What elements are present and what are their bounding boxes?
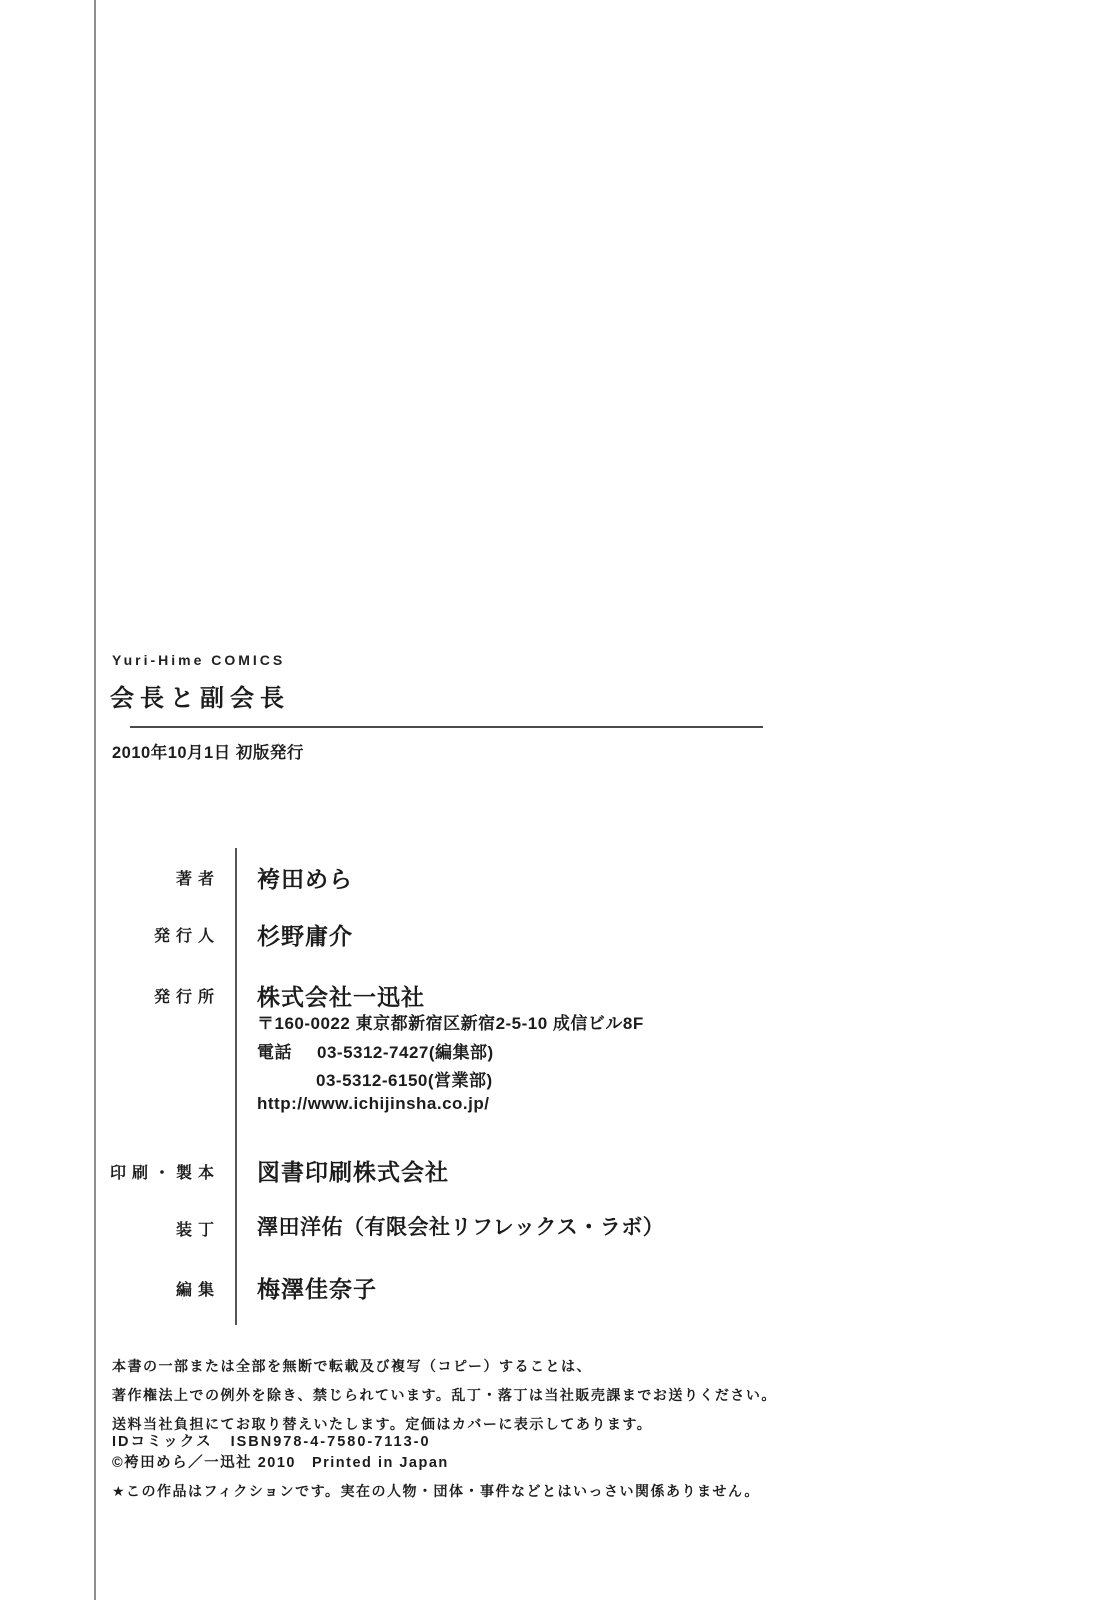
book-title: 会長と副会長 bbox=[110, 678, 290, 713]
credit-label-publishing-house: 発行所 bbox=[88, 984, 220, 1007]
series-label: Yuri-Hime COMICS bbox=[112, 652, 285, 668]
credit-label-author: 著者 bbox=[88, 866, 220, 889]
copyright-credit: ©袴田めら／一迅社 2010 bbox=[112, 1455, 296, 1471]
credit-label-printing: 印刷・製本 bbox=[88, 1160, 220, 1183]
credit-value-publishing-house: 株式会社一迅社 bbox=[257, 979, 425, 1012]
isbn-number: ISBN978-4-7580-7113-0 bbox=[231, 1434, 431, 1450]
publisher-url: http://www.ichijinsha.co.jp/ bbox=[257, 1094, 490, 1114]
tel-editorial-number: 03-5312-7427(編集部) bbox=[317, 1043, 494, 1062]
imprint-isbn-line: IDコミックスISBN978-4-7580-7113-0 bbox=[112, 1430, 431, 1451]
tel-label: 電話 bbox=[257, 1043, 292, 1062]
colophon-page: Yuri-Hime COMICS 会長と副会長 2010年10月1日 初版発行 … bbox=[0, 0, 1115, 1600]
print-date: 2010年10月1日 初版発行 bbox=[112, 739, 304, 763]
copyright-legal-notice: 本書の一部または全部を無断で転載及び複写（コピー）することは、 著作権法上での例… bbox=[112, 1352, 777, 1439]
credit-label-design: 装丁 bbox=[88, 1217, 220, 1240]
credit-label-editing: 編集 bbox=[88, 1277, 220, 1300]
imprint-label: IDコミックス bbox=[112, 1434, 213, 1450]
credit-value-publisher-person: 杉野庸介 bbox=[257, 918, 353, 951]
title-underline bbox=[130, 726, 763, 728]
copyright-line: ©袴田めら／一迅社 2010Printed in Japan bbox=[112, 1451, 449, 1472]
legal-line-2: 著作権法上での例外を除き、禁じられています。乱丁・落丁は当社販売課までお送りくだ… bbox=[112, 1381, 777, 1410]
publisher-tel-editorial: 電話03-5312-7427(編集部) bbox=[257, 1038, 494, 1063]
credit-value-printing: 図書印刷株式会社 bbox=[257, 1154, 449, 1187]
printed-in-japan: Printed in Japan bbox=[312, 1455, 449, 1471]
credit-value-design: 澤田洋佑（有限会社リフレックス・ラボ） bbox=[257, 1211, 664, 1241]
publisher-address: 〒160-0022 東京都新宿区新宿2-5-10 成信ビル8F bbox=[257, 1009, 644, 1034]
page-scan-edge-line bbox=[94, 0, 96, 1600]
credit-value-editing: 梅澤佳奈子 bbox=[257, 1271, 377, 1304]
credit-label-publisher-person: 発行人 bbox=[88, 923, 220, 946]
credit-value-author: 袴田めら bbox=[257, 861, 353, 894]
fiction-disclaimer: ★この作品はフィクションです。実在の人物・団体・事件などとはいっさい関係ありませ… bbox=[112, 1481, 760, 1501]
publisher-tel-sales: 03-5312-6150(営業部) bbox=[257, 1066, 493, 1091]
credits-divider-line bbox=[235, 848, 237, 1325]
legal-line-1: 本書の一部または全部を無断で転載及び複写（コピー）することは、 bbox=[112, 1352, 777, 1381]
